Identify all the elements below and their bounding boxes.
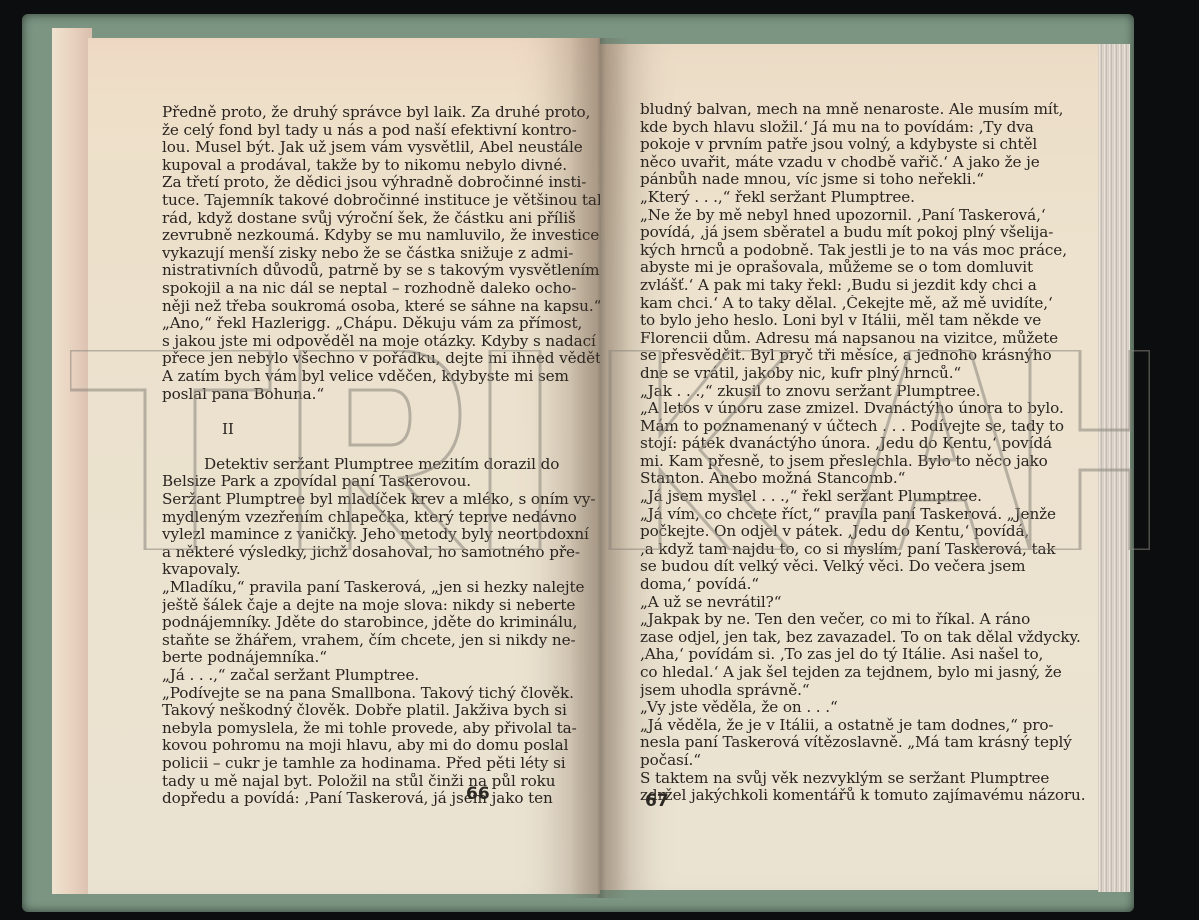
text-line: berte podnájemníka.“ <box>162 649 600 667</box>
text-line: Stanton. Anebo možná Stancomb.“ <box>640 470 1090 488</box>
page-number-left: 66 <box>466 784 490 804</box>
text-line: vykazují menší zisky nebo že se částka s… <box>162 245 600 263</box>
text-line: „Já . . .,“ začal seržant Plumptree. <box>162 667 600 685</box>
text-line: co hledal.‘ A jak šel tejden za tejdnem,… <box>640 664 1090 682</box>
text-line: něji než třeba soukromá osoba, které se … <box>162 298 600 316</box>
text-line: něco uvařit, máte vzadu v chodbě vařič.‘… <box>640 154 1090 172</box>
text-line: S taktem na svůj věk nezvyklým se seržan… <box>640 770 1090 788</box>
text-line: Předně proto, že druhý správce byl laik.… <box>162 104 600 122</box>
text-line: povídá, ‚já jsem sběratel a budu mít pok… <box>640 224 1090 242</box>
text-line: dne se vrátil, jakoby nic, kufr plný hrn… <box>640 365 1090 383</box>
text-line: kupoval a prodával, takže by to nikomu n… <box>162 157 600 175</box>
text-line: spokojil a na nic dál se neptal – rozhod… <box>162 280 600 298</box>
text-line: počkejte. On odjel v pátek. ‚Jedu do Ken… <box>640 523 1090 541</box>
right-page-text: bludný balvan, mech na mně nenaroste. Al… <box>640 101 1090 805</box>
text-line: „Ne že by mě nebyl hned upozornil. ‚Paní… <box>640 207 1090 225</box>
text-line: „Já jsem myslel . . .,“ řekl seržant Plu… <box>640 488 1090 506</box>
text-line: kde bych hlavu složil.‘ Já mu na to poví… <box>640 119 1090 137</box>
text-line: tady u mě najal byt. Položil na stůl čin… <box>162 773 600 791</box>
chapter-heading: II <box>162 421 600 439</box>
text-line: s jakou jste mi odpověděl na moje otázky… <box>162 333 600 351</box>
text-line: doma,‘ povídá.“ <box>640 576 1090 594</box>
text-line: nebyla pomyslela, že mi tohle provede, a… <box>162 720 600 738</box>
text-line: se budou dít velký věci. Velký věci. Do … <box>640 558 1090 576</box>
text-line: staňte se žhářem, vrahem, čím chcete, je… <box>162 632 600 650</box>
text-line: kam chci.‘ A to taky dělal. ‚Čekejte mě,… <box>640 295 1090 313</box>
page-edges-left <box>52 28 92 894</box>
text-line: kvapovaly. <box>162 561 600 579</box>
text-line: „Jakpak by ne. Ten den večer, co mi to ř… <box>640 611 1090 629</box>
text-line: že celý fond byl tady u nás a pod naší e… <box>162 122 600 140</box>
text-line: to bylo jeho heslo. Loni byl v Itálii, m… <box>640 312 1090 330</box>
text-line: a některé výsledky, jichž dosahoval, ho … <box>162 544 600 562</box>
blank-line <box>162 438 600 456</box>
text-line: vylezl mamince z vaničky. Jeho metody by… <box>162 526 600 544</box>
text-line: stojí: pátek dvanáctýho února. ‚Jedu do … <box>640 435 1090 453</box>
text-line: zvlášť.‘ A pak mi taky řekl: ‚Budu si je… <box>640 277 1090 295</box>
text-line: abyste mi je oprašovala, můžeme se o tom… <box>640 259 1090 277</box>
text-line: „Vy jste věděla, že on . . .“ <box>640 699 1090 717</box>
text-line: zase odjel, jen tak, bez zavazadel. To o… <box>640 629 1090 647</box>
text-line: „A letos v únoru zase zmizel. Dvanáctýho… <box>640 400 1090 418</box>
text-line: přece jen nebylo všechno v pořádku, dejt… <box>162 350 600 368</box>
text-line: „Ano,“ řekl Hazlerigg. „Chápu. Děkuju vá… <box>162 315 600 333</box>
text-line: „Jak . . .,“ zkusil to znovu seržant Plu… <box>640 383 1090 401</box>
text-line: Florencii dům. Adresu má napsanou na viz… <box>640 330 1090 348</box>
text-line: tuce. Tajemník takové dobročinné institu… <box>162 192 600 210</box>
text-line: mydleným vzezřením chlapečka, který tepr… <box>162 509 600 527</box>
page-edges-right <box>1098 44 1130 892</box>
text-line: Seržant Plumptree byl mladíček krev a ml… <box>162 491 600 509</box>
text-line: mi. Kam přesně, to jsem přeslechla. Bylo… <box>640 453 1090 471</box>
text-line: A zatím bych vám byl velice vděčen, kdyb… <box>162 368 600 386</box>
text-line: lou. Musel být. Jak už jsem vám vysvětli… <box>162 139 600 157</box>
text-line: dopředu a povídá: ‚Paní Taskerová, já js… <box>162 790 600 808</box>
left-page-text: Předně proto, že druhý správce byl laik.… <box>162 104 600 808</box>
text-line: policii – cukr je tamhle za hodinama. Př… <box>162 755 600 773</box>
text-line: zdržel jakýchkoli komentářů k tomuto zaj… <box>640 787 1090 805</box>
text-line: Belsize Park a zpovídal paní Taskerovou. <box>162 473 600 491</box>
left-page: Předně proto, že druhý správce byl laik.… <box>88 38 600 894</box>
text-line: pánbůh nade mnou, víc jsme si toho neřek… <box>640 171 1090 189</box>
text-line: ‚Aha,‘ povídám si. ‚To zas jel do tý Itá… <box>640 646 1090 664</box>
text-line: Za třetí proto, že dědici jsou výhradně … <box>162 174 600 192</box>
text-line: ještě šálek čaje a dejte na moje slova: … <box>162 597 600 615</box>
text-line: „Mladíku,“ pravila paní Taskerová, „jen … <box>162 579 600 597</box>
text-line: bludný balvan, mech na mně nenaroste. Al… <box>640 101 1090 119</box>
text-line: jsem uhodla správně.“ <box>640 682 1090 700</box>
text-line: ‚a když tam najdu to, co si myslím, paní… <box>640 541 1090 559</box>
text-line: Detektiv seržant Plumptree mezitím doraz… <box>162 456 600 474</box>
text-line: „Který . . .,“ řekl seržant Plumptree. <box>640 189 1090 207</box>
text-line: Mám to poznamenaný v účtech . . . Podíve… <box>640 418 1090 436</box>
text-line: Takový neškodný člověk. Dobře platil. Ja… <box>162 702 600 720</box>
text-line: zevrubně nezkoumá. Kdyby se mu namluvilo… <box>162 227 600 245</box>
blank-line <box>162 403 600 421</box>
text-line: kovou pohromu na moji hlavu, aby mi do d… <box>162 737 600 755</box>
text-line: „Podívejte se na pana Smallbona. Takový … <box>162 685 600 703</box>
page-number-right: 67 <box>645 791 669 811</box>
text-line: „Já vím, co chcete říct,“ pravila paní T… <box>640 506 1090 524</box>
text-line: poslal pana Bohuna.“ <box>162 386 600 404</box>
text-line: nesla paní Taskerová vítězoslavně. „Má t… <box>640 734 1090 752</box>
text-line: „Já věděla, že je v Itálii, a ostatně je… <box>640 717 1090 735</box>
text-line: pokoje v prvním patře jsou volný, a kdyb… <box>640 136 1090 154</box>
text-line: počasí.“ <box>640 752 1090 770</box>
text-line: kých hrnců a podobně. Tak jestli je to n… <box>640 242 1090 260</box>
text-line: se přesvědčit. Byl pryč tři měsíce, a je… <box>640 347 1090 365</box>
text-line: „A už se nevrátil?“ <box>640 594 1090 612</box>
text-line: nistrativních důvodů, patrně by se s tak… <box>162 262 600 280</box>
right-page: bludný balvan, mech na mně nenaroste. Al… <box>600 44 1098 890</box>
text-line: podnájemníky. Jděte do starobince, jděte… <box>162 614 600 632</box>
text-line: rád, když dostane svůj výroční šek, že č… <box>162 210 600 228</box>
